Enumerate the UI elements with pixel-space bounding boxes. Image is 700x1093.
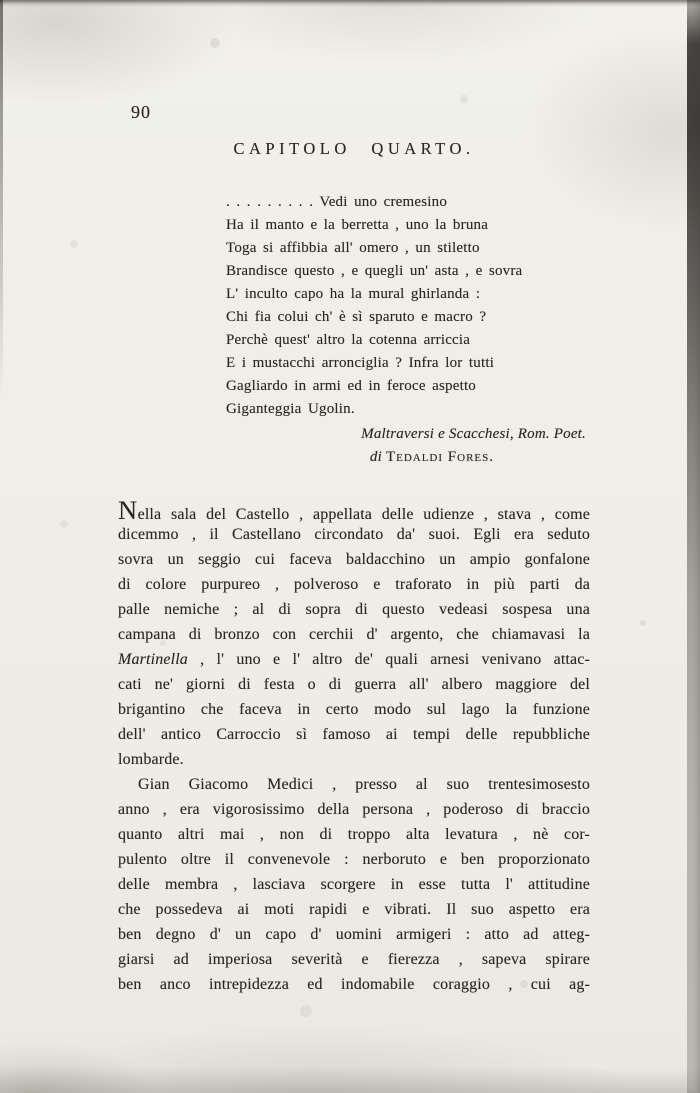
paper-speck [300, 1005, 312, 1017]
poem-line: Giganteggia Ugolin. [226, 398, 586, 421]
text-line-segment: campana di bronzo con cerchii d' argento… [118, 626, 590, 643]
poem-line: . . . . . . . . . Vedi uno cremesino [226, 191, 586, 214]
text-line: palle nemiche ; al di sopra di questo ve… [118, 597, 590, 622]
text-line-segment: pulento oltre il convenevole : nerboruto… [118, 851, 590, 868]
paper-speck [210, 38, 220, 48]
attribution-line-segment: Tedaldi Fores. [386, 449, 494, 465]
text-line: dicemmo , il Castellano circondato da' s… [118, 522, 590, 547]
poem-line: Ha il manto e la berretta , uno la bruna [226, 214, 586, 237]
text-line-segment: ben degno d' un capo d' uomini armigeri … [118, 926, 590, 943]
text-line: pulento oltre il convenevole : nerboruto… [118, 847, 590, 872]
text-line: ben anco intrepidezza ed indomabile cora… [118, 972, 590, 997]
poem-line: Gagliardo in armi ed in feroce aspetto [226, 375, 586, 398]
bottom-edge-shadow [0, 1067, 700, 1093]
text-line-segment: anno , era vigorosissimo della persona ,… [118, 801, 590, 818]
text-line: brigantino che faceva in certo modo sul … [118, 697, 590, 722]
text-line-segment: , l' uno e l' altro de' quali arnesi ven… [188, 651, 590, 668]
poem-line-segment: E i mustacchi arronciglia ? Infra lor tu… [226, 355, 494, 371]
poem-line-segment: L' inculto capo ha la mural ghirlanda : [226, 286, 480, 302]
attribution-line-segment: Rom. Poet. [514, 426, 586, 442]
poem-line-segment: Giganteggia Ugolin. [226, 401, 355, 417]
text-line-segment: brigantino che faceva in certo modo sul … [118, 701, 590, 718]
text-line-segment: dicemmo , il Castellano circondato da' s… [118, 526, 590, 543]
text-line: delle membra , lasciava scorgere in esse… [118, 872, 590, 897]
book-page-scan: 90 CAPITOLO QUARTO. . . . . . . . . . Ve… [0, 0, 700, 1093]
body-text: Nella sala del Castello , appellata dell… [118, 497, 590, 997]
poem-line-segment: Ha il manto e la berretta , uno la bruna [226, 217, 488, 233]
attribution-line: Maltraversi e Scacchesi, Rom. Poet. [226, 423, 586, 446]
paper-speck [640, 620, 646, 626]
text-line-segment: N [118, 495, 138, 525]
paper-speck [460, 95, 468, 103]
text-line: Nella sala del Castello , appellata dell… [118, 497, 590, 522]
text-line-segment: lombarde. [118, 751, 184, 768]
poem-line: Chi fia colui ch' è sì sparuto e macro ? [226, 306, 586, 329]
text-line-segment: giarsi ad imperiosa severità e fierezza … [118, 951, 590, 968]
text-line-segment: Martinella [118, 651, 188, 668]
text-line: dell' antico Carroccio sì famoso ai temp… [118, 722, 590, 747]
text-line: Martinella , l' uno e l' altro de' quali… [118, 647, 590, 672]
poem-line-segment: Brandisce questo , e quegli un' asta , e… [226, 263, 522, 279]
text-line: cati ne' giorni di festa o di guerra all… [118, 672, 590, 697]
text-line: di colore purpureo , polveroso e trafora… [118, 572, 590, 597]
left-edge-shadow [0, 0, 3, 400]
text-line-segment: delle membra , lasciava scorgere in esse… [118, 876, 590, 893]
text-line-segment: ella sala del Castello , appellata delle… [138, 506, 590, 523]
poem-line: Brandisce questo , e quegli un' asta , e… [226, 260, 586, 283]
text-line: campana di bronzo con cerchii d' argento… [118, 622, 590, 647]
text-line-segment: quanto altri mai , non di troppo alta le… [118, 826, 590, 843]
top-edge-shadow [0, 0, 700, 7]
poem-line: Toga si affibbia all' omero , un stilett… [226, 237, 586, 260]
text-line-segment: Gian Giacomo Medici , presso al suo tren… [138, 776, 590, 793]
text-line: sovra un seggio cui faceva baldacchino u… [118, 547, 590, 572]
text-line-segment: dell' antico Carroccio sì famoso ai temp… [118, 726, 590, 743]
paper-speck [60, 520, 68, 528]
poem-line-segment: Perchè quest' altro la cotenna arriccia [226, 332, 470, 348]
right-edge-shadow [687, 0, 700, 1093]
text-line: lombarde. [118, 747, 590, 772]
text-line: Gian Giacomo Medici , presso al suo tren… [118, 772, 590, 797]
poem-quote: . . . . . . . . . Vedi uno cremesinoHa i… [226, 191, 586, 421]
text-line: ben degno d' un capo d' uomini armigeri … [118, 922, 590, 947]
text-line-segment: cati ne' giorni di festa o di guerra all… [118, 676, 590, 693]
poem-line-segment: . . . . . . . . . Vedi uno cremesino [226, 194, 447, 210]
poem-line: Perchè quest' altro la cotenna arriccia [226, 329, 586, 352]
attribution-line-segment: di [370, 449, 386, 465]
poem-line: L' inculto capo ha la mural ghirlanda : [226, 283, 586, 306]
text-line-segment: che possedeva ai moti rapidi e vibrati. … [118, 901, 590, 918]
text-line: che possedeva ai moti rapidi e vibrati. … [118, 897, 590, 922]
poem-line-segment: Chi fia colui ch' è sì sparuto e macro ? [226, 309, 486, 325]
text-line-segment: sovra un seggio cui faceva baldacchino u… [118, 551, 590, 568]
chapter-heading: CAPITOLO QUARTO. [118, 139, 590, 159]
text-line: anno , era vigorosissimo della persona ,… [118, 797, 590, 822]
poem-line-segment: Toga si affibbia all' omero , un stilett… [226, 240, 480, 256]
poem-line: E i mustacchi arronciglia ? Infra lor tu… [226, 352, 586, 375]
attribution-line: di Tedaldi Fores. [226, 446, 586, 469]
page-number: 90 [131, 102, 151, 123]
attribution-line-segment: Maltraversi e Scacchesi, [361, 426, 514, 442]
poem-line-segment: Gagliardo in armi ed in feroce aspetto [226, 378, 476, 394]
text-line: giarsi ad imperiosa severità e fierezza … [118, 947, 590, 972]
text-line-segment: ben anco intrepidezza ed indomabile cora… [118, 976, 590, 993]
poem-attribution: Maltraversi e Scacchesi, Rom. Poet.di Te… [226, 423, 586, 469]
paper-speck [70, 240, 78, 248]
text-line-segment: di colore purpureo , polveroso e trafora… [118, 576, 590, 593]
text-line-segment: palle nemiche ; al di sopra di questo ve… [118, 601, 590, 618]
text-line: quanto altri mai , non di troppo alta le… [118, 822, 590, 847]
